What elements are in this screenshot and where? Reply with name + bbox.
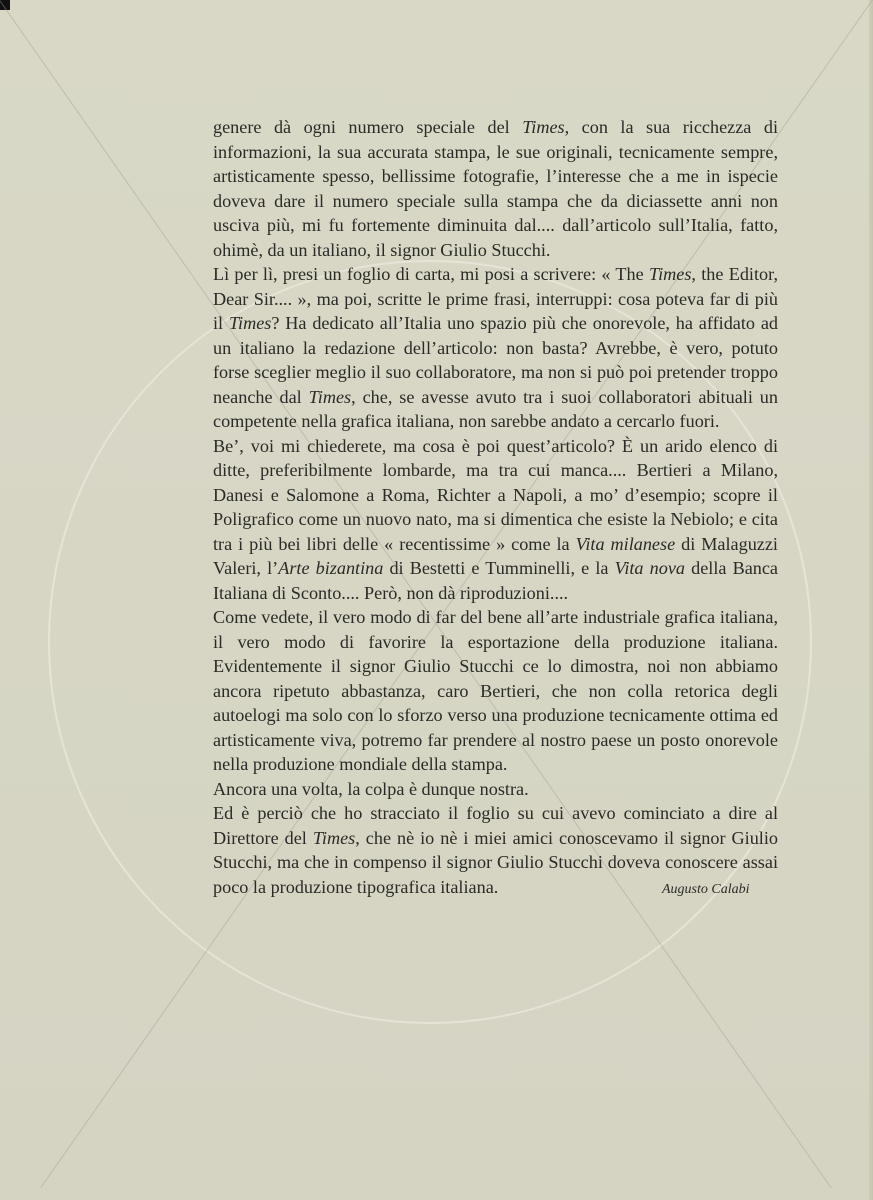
author-signature: Augusto Calabi [662,882,750,898]
document-page: genere dà ogni numero speciale del Times… [0,0,873,1200]
text-run: , con la sua ricchezza di informazioni, … [213,117,778,260]
text-run: Come vedete, il vero modo di far del ben… [213,607,778,774]
text-run: di Bestetti e Tumminelli, e la [383,558,614,578]
italic-run: Times [313,828,355,848]
italic-run: Times [522,117,564,137]
article-body: genere dà ogni numero speciale del Times… [213,115,778,899]
italic-run: Times [229,313,271,333]
italic-run: Vita nova [615,558,685,578]
paragraph: Be’, voi mi chiederete, ma cosa è poi qu… [213,434,778,606]
paragraph: genere dà ogni numero speciale del Times… [213,115,778,262]
paragraph: Ancora una volta, la colpa è dunque nost… [213,777,778,802]
text-run: genere dà ogni numero speciale del [213,117,522,137]
text-run: Lì per lì, presi un foglio di carta, mi … [213,264,649,284]
page-edge [869,0,873,1200]
italic-run: Vita milanese [576,534,676,554]
paragraph: Lì per lì, presi un foglio di carta, mi … [213,262,778,434]
italic-run: Times [309,387,351,407]
scan-corner-mark [0,0,10,10]
italic-run: Times [649,264,691,284]
text-run: Ancora una volta, la colpa è dunque nost… [213,779,529,799]
paragraph: Come vedete, il vero modo di far del ben… [213,605,778,777]
italic-run: Arte bizantina [278,558,383,578]
